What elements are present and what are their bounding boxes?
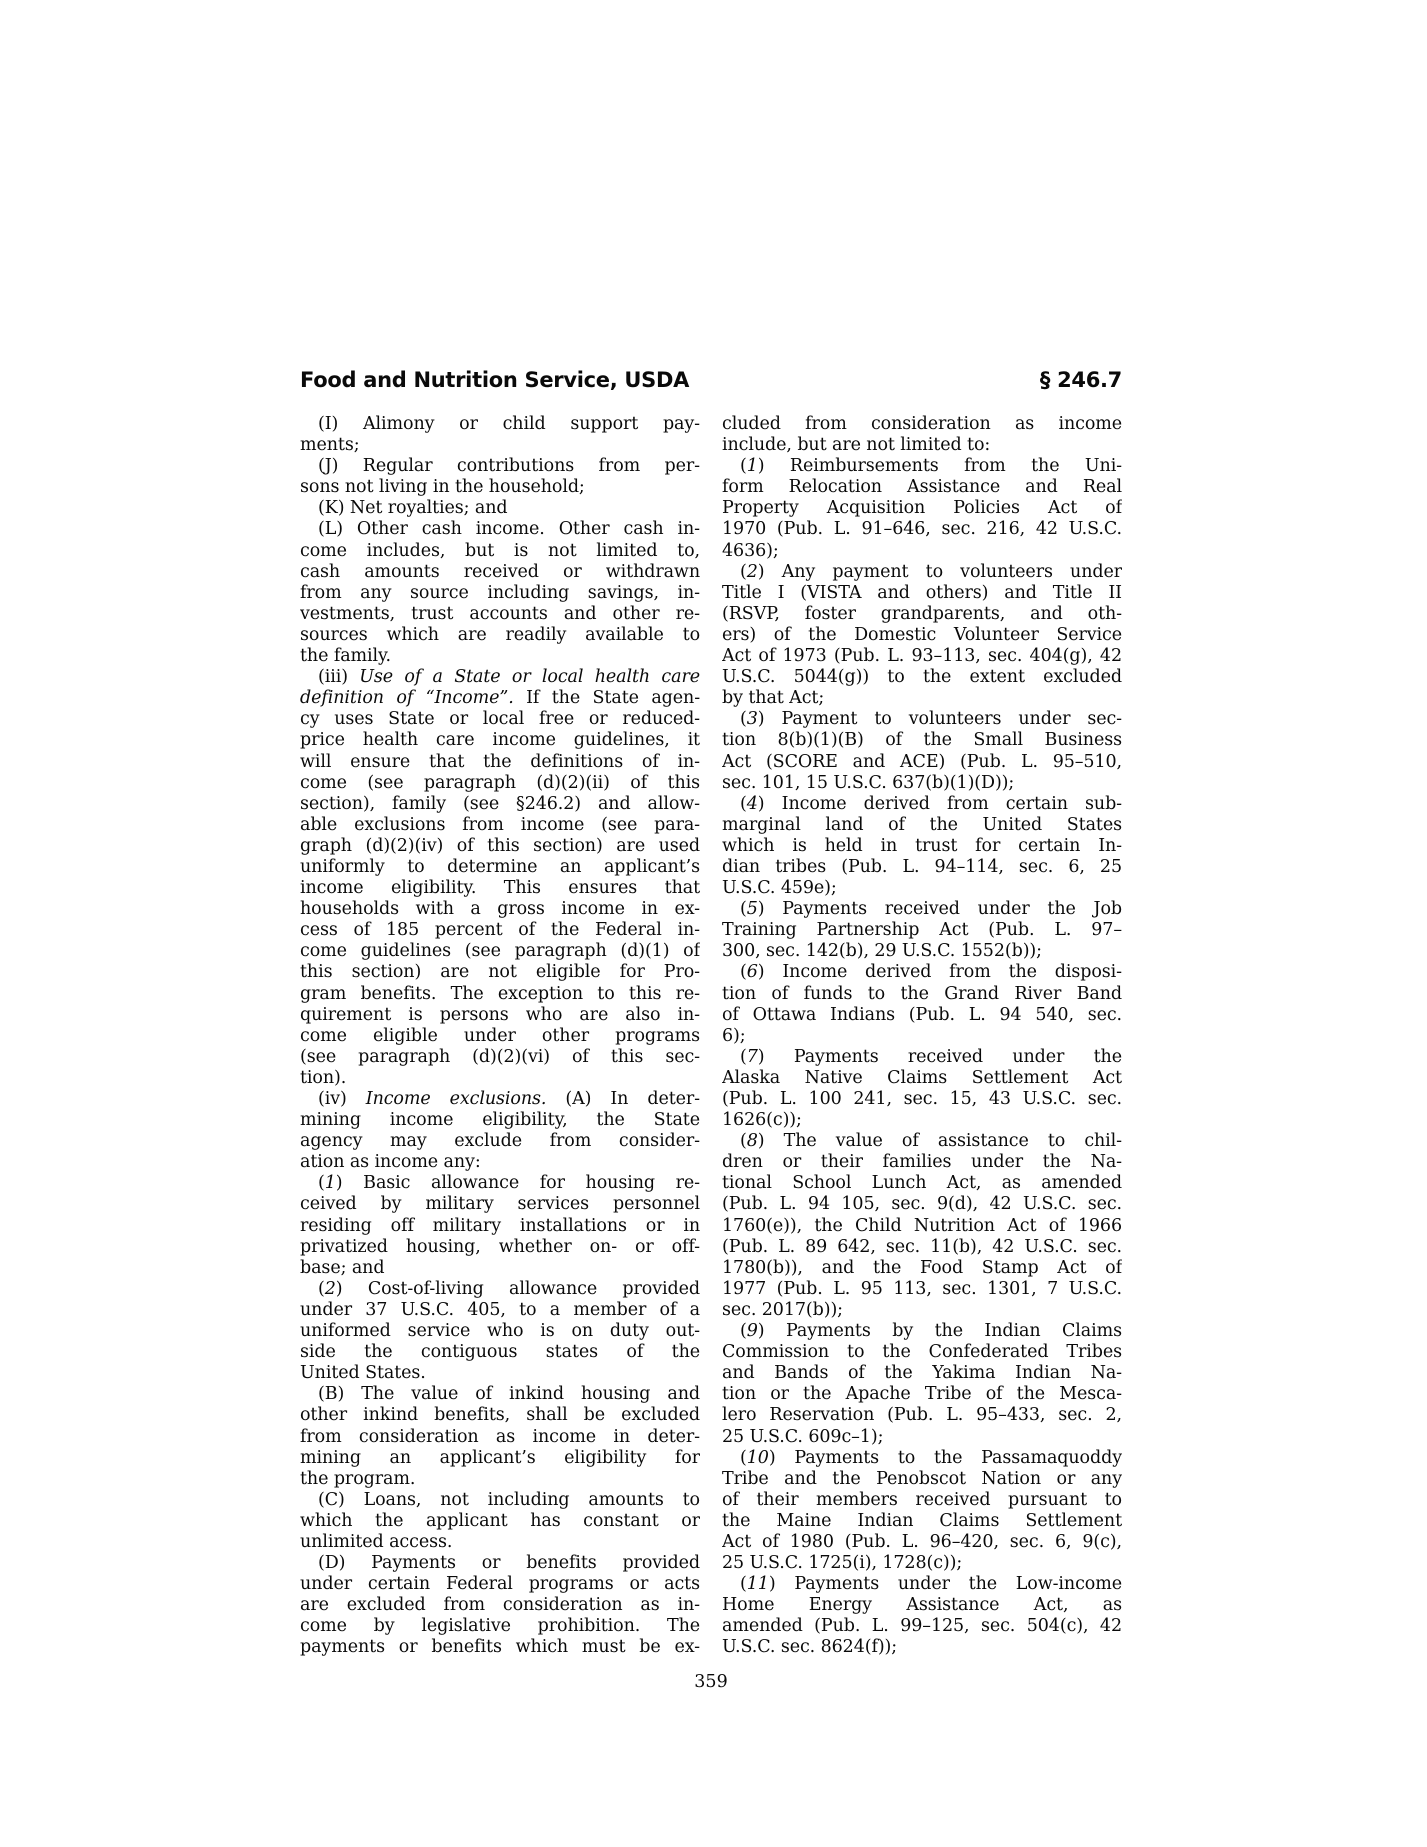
text-line: which the applicant has constant or xyxy=(300,1511,700,1532)
text-line: (B) The value of inkind housing and xyxy=(300,1384,700,1405)
text-line: (2) Cost-of-living allowance provided xyxy=(300,1279,700,1300)
text-line: under certain Federal programs or acts xyxy=(300,1574,700,1595)
text-line: tional School Lunch Act, as amended xyxy=(722,1173,1122,1194)
text-line: (J) Regular contributions from per- xyxy=(300,456,700,477)
text-line: tion 8(b)(1)(B) of the Small Business xyxy=(722,730,1122,751)
text-line: (8) The value of assistance to chil- xyxy=(722,1131,1122,1152)
text-line: unlimited access. xyxy=(300,1532,700,1553)
text-line: income eligibility. This ensures that xyxy=(300,878,700,899)
text-line: (L) Other cash income. Other cash in- xyxy=(300,519,700,540)
text-line: sec. 2017(b)); xyxy=(722,1300,1122,1321)
header-section-number: § 246.7 xyxy=(1040,368,1122,392)
text-line: (4) Income derived from certain sub- xyxy=(722,794,1122,815)
text-line: (11) Payments under the Low-income xyxy=(722,1574,1122,1595)
text-line: (3) Payment to volunteers under sec- xyxy=(722,709,1122,730)
text-line: 6); xyxy=(722,1026,1122,1047)
text-line: of their members received pursuant to xyxy=(722,1490,1122,1511)
text-line: by that Act; xyxy=(722,688,1122,709)
text-line: ments; xyxy=(300,435,700,456)
text-block: Food and Nutrition Service, USDA § 246.7… xyxy=(300,368,1122,1692)
text-line: quirement is persons who are also in- xyxy=(300,1005,700,1026)
text-line: are excluded from consideration as in- xyxy=(300,1595,700,1616)
text-line: sons not living in the household; xyxy=(300,477,700,498)
text-line: tion of funds to the Grand River Band xyxy=(722,984,1122,1005)
text-line: privatized housing, whether on- or off- xyxy=(300,1237,700,1258)
text-line: households with a gross income in ex- xyxy=(300,899,700,920)
text-line: Act of 1973 (Pub. L. 93–113, sec. 404(g)… xyxy=(722,646,1122,667)
text-line: Act of 1980 (Pub. L. 96–420, sec. 6, 9(c… xyxy=(722,1532,1122,1553)
text-line: definition of “Income”. If the State age… xyxy=(300,688,700,709)
column-left: (I) Alimony or child support pay-ments;(… xyxy=(300,414,700,1659)
text-line: (C) Loans, not including amounts to xyxy=(300,1490,700,1511)
text-line: cluded from consideration as income xyxy=(722,414,1122,435)
text-line: the Maine Indian Claims Settlement xyxy=(722,1511,1122,1532)
text-line: (K) Net royalties; and xyxy=(300,498,700,519)
text-line: (RSVP, foster grandparents, and oth- xyxy=(722,604,1122,625)
text-line: mining income eligibility, the State xyxy=(300,1110,700,1131)
text-line: (9) Payments by the Indian Claims xyxy=(722,1321,1122,1342)
text-line: come includes, but is not limited to, xyxy=(300,541,700,562)
text-line: come by legislative prohibition. The xyxy=(300,1616,700,1637)
text-line: United States. xyxy=(300,1363,700,1384)
text-line: ers) of the Domestic Volunteer Service xyxy=(722,625,1122,646)
text-line: Tribe and the Penobscot Nation or any xyxy=(722,1469,1122,1490)
text-line: payments or benefits which must be ex- xyxy=(300,1637,700,1658)
text-line: dren or their families under the Na- xyxy=(722,1152,1122,1173)
text-line: 1760(e)), the Child Nutrition Act of 196… xyxy=(722,1216,1122,1237)
text-line: other inkind benefits, shall be excluded xyxy=(300,1405,700,1426)
text-line: (iii) Use of a State or local health car… xyxy=(300,667,700,688)
text-line: tion or the Apache Tribe of the Mesca- xyxy=(722,1384,1122,1405)
text-line: mining an applicant’s eligibility for xyxy=(300,1448,700,1469)
text-line: (Pub. L. 100 241, sec. 15, 43 U.S.C. sec… xyxy=(722,1089,1122,1110)
text-line: (10) Payments to the Passamaquoddy xyxy=(722,1448,1122,1469)
text-line: Act (SCORE and ACE) (Pub. L. 95–510, xyxy=(722,752,1122,773)
page-number: 359 xyxy=(300,1672,1122,1692)
text-line: U.S.C. 5044(g)) to the extent excluded xyxy=(722,667,1122,688)
text-line: marginal land of the United States xyxy=(722,815,1122,836)
text-line: (5) Payments received under the Job xyxy=(722,899,1122,920)
text-line: Home Energy Assistance Act, as xyxy=(722,1595,1122,1616)
text-line: uniformed service who is on duty out- xyxy=(300,1321,700,1342)
text-line: price health care income guidelines, it xyxy=(300,730,700,751)
text-line: cess of 185 percent of the Federal in- xyxy=(300,920,700,941)
text-line: come eligible under other programs xyxy=(300,1026,700,1047)
text-line: ceived by military services personnel xyxy=(300,1194,700,1215)
text-line: under 37 U.S.C. 405, to a member of a xyxy=(300,1300,700,1321)
text-line: cy uses State or local free or reduced- xyxy=(300,709,700,730)
text-line: of Ottawa Indians (Pub. L. 94 540, sec. xyxy=(722,1005,1122,1026)
text-line: able exclusions from income (see para- xyxy=(300,815,700,836)
text-line: (Pub. L. 94 105, sec. 9(d), 42 U.S.C. se… xyxy=(722,1194,1122,1215)
text-line: the family. xyxy=(300,646,700,667)
text-line: 25 U.S.C. 1725(i), 1728(c)); xyxy=(722,1553,1122,1574)
text-line: (I) Alimony or child support pay- xyxy=(300,414,700,435)
text-line: this section) are not eligible for Pro- xyxy=(300,962,700,983)
text-line: 1626(c)); xyxy=(722,1110,1122,1131)
text-line: lero Reservation (Pub. L. 95–433, sec. 2… xyxy=(722,1405,1122,1426)
text-line: side the contiguous states of the xyxy=(300,1342,700,1363)
text-line: Alaska Native Claims Settlement Act xyxy=(722,1068,1122,1089)
text-line: sources which are readily available to xyxy=(300,625,700,646)
text-line: (6) Income derived from the disposi- xyxy=(722,962,1122,983)
text-line: agency may exclude from consider- xyxy=(300,1131,700,1152)
text-line: (D) Payments or benefits provided xyxy=(300,1553,700,1574)
text-line: will ensure that the definitions of in- xyxy=(300,752,700,773)
text-line: (iv) Income exclusions. (A) In deter- xyxy=(300,1089,700,1110)
text-line: Training Partnership Act (Pub. L. 97– xyxy=(722,920,1122,941)
text-line: (see paragraph (d)(2)(vi) of this sec- xyxy=(300,1047,700,1068)
text-line: 1970 (Pub. L. 91–646, sec. 216, 42 U.S.C… xyxy=(722,519,1122,540)
running-header: Food and Nutrition Service, USDA § 246.7 xyxy=(300,368,1122,394)
text-line: come (see paragraph (d)(2)(ii) of this xyxy=(300,773,700,794)
text-line: sec. 101, 15 U.S.C. 637(b)(1)(D)); xyxy=(722,773,1122,794)
text-line: (2) Any payment to volunteers under xyxy=(722,562,1122,583)
text-line: 1977 (Pub. L. 95 113, sec. 1301, 7 U.S.C… xyxy=(722,1279,1122,1300)
text-line: from consideration as income in deter- xyxy=(300,1427,700,1448)
header-agency-title: Food and Nutrition Service, USDA xyxy=(300,368,689,392)
two-column-body: (I) Alimony or child support pay-ments;(… xyxy=(300,414,1122,1659)
text-line: base; and xyxy=(300,1258,700,1279)
text-line: dian tribes (Pub. L. 94–114, sec. 6, 25 xyxy=(722,857,1122,878)
text-line: include, but are not limited to: xyxy=(722,435,1122,456)
text-line: U.S.C. sec. 8624(f)); xyxy=(722,1637,1122,1658)
text-line: 4636); xyxy=(722,541,1122,562)
text-line: and Bands of the Yakima Indian Na- xyxy=(722,1363,1122,1384)
text-line: Property Acquisition Policies Act of xyxy=(722,498,1122,519)
text-line: from any source including savings, in- xyxy=(300,583,700,604)
text-line: graph (d)(2)(iv) of this section) are us… xyxy=(300,836,700,857)
text-line: which is held in trust for certain In- xyxy=(722,836,1122,857)
text-line: 300, sec. 142(b), 29 U.S.C. 1552(b)); xyxy=(722,941,1122,962)
text-line: amended (Pub. L. 99–125, sec. 504(c), 42 xyxy=(722,1616,1122,1637)
text-line: (Pub. L. 89 642, sec. 11(b), 42 U.S.C. s… xyxy=(722,1237,1122,1258)
text-line: the program. xyxy=(300,1469,700,1490)
text-line: U.S.C. 459e); xyxy=(722,878,1122,899)
text-line: ation as income any: xyxy=(300,1152,700,1173)
text-line: (7) Payments received under the xyxy=(722,1047,1122,1068)
text-line: residing off military installations or i… xyxy=(300,1216,700,1237)
text-line: tion). xyxy=(300,1068,700,1089)
text-line: Title I (VISTA and others) and Title II xyxy=(722,583,1122,604)
text-line: cash amounts received or withdrawn xyxy=(300,562,700,583)
text-line: (1) Basic allowance for housing re- xyxy=(300,1173,700,1194)
text-line: Commission to the Confederated Tribes xyxy=(722,1342,1122,1363)
text-line: (1) Reimbursements from the Uni- xyxy=(722,456,1122,477)
text-line: gram benefits. The exception to this re- xyxy=(300,984,700,1005)
text-line: 1780(b)), and the Food Stamp Act of xyxy=(722,1258,1122,1279)
text-line: section), family (see §246.2) and allow- xyxy=(300,794,700,815)
text-line: form Relocation Assistance and Real xyxy=(722,477,1122,498)
document-page: Food and Nutrition Service, USDA § 246.7… xyxy=(0,0,1427,1847)
column-right: cluded from consideration as incomeinclu… xyxy=(722,414,1122,1659)
text-line: 25 U.S.C. 609c–1); xyxy=(722,1427,1122,1448)
text-line: come guidelines (see paragraph (d)(1) of xyxy=(300,941,700,962)
text-line: vestments, trust accounts and other re- xyxy=(300,604,700,625)
text-line: uniformly to determine an applicant’s xyxy=(300,857,700,878)
